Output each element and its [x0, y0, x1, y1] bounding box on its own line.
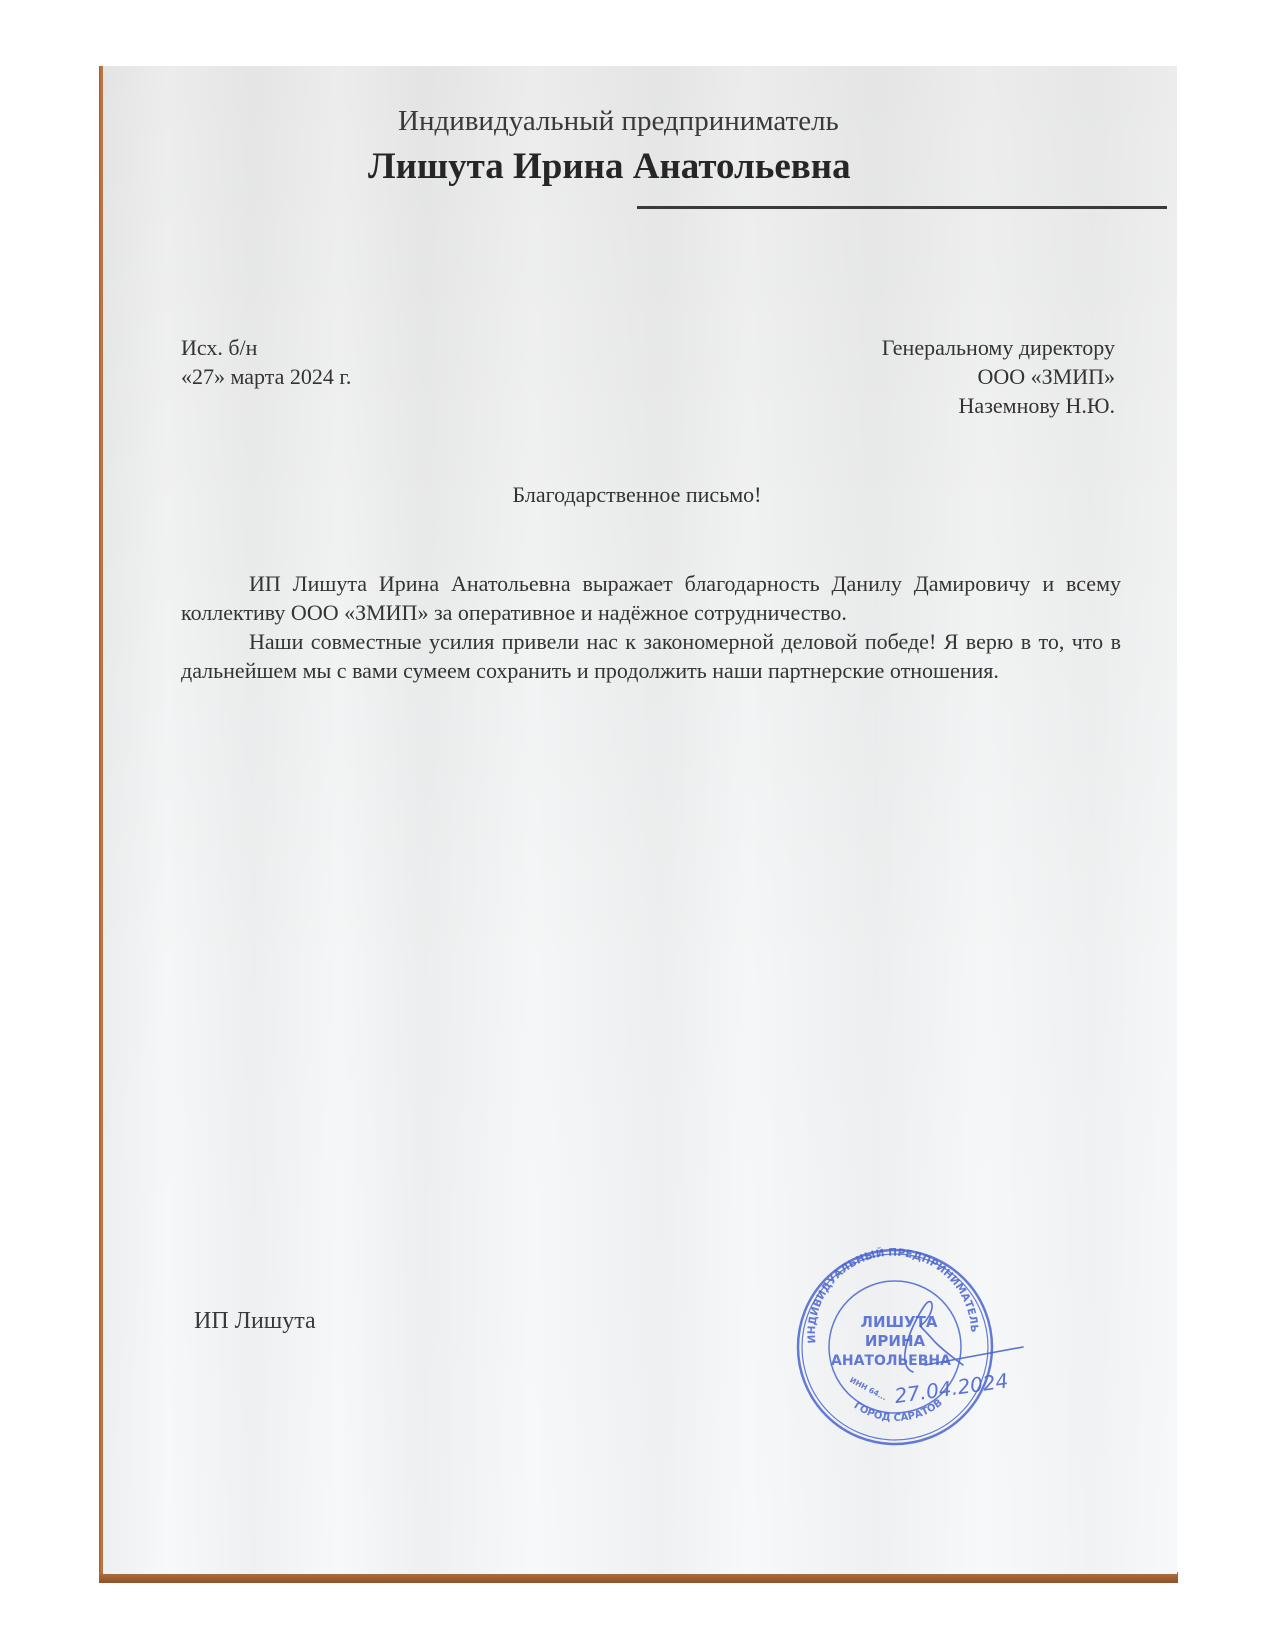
- body-paragraph: Наши совместные усилия привели нас к зак…: [181, 627, 1121, 685]
- stamp-seal-icon: ИНДИВИДУАЛЬНЫЙ ПРЕДПРИНИМАТЕЛЬ ОГРНИП 32…: [795, 1247, 995, 1447]
- stamp-center-line1: ЛИШУТА: [861, 1313, 938, 1331]
- recipient-position: Генеральному директору: [882, 333, 1115, 362]
- recipient-company: ООО «ЗМИП»: [882, 362, 1115, 391]
- letterhead-name: Лишута Ирина Анатольевна: [368, 145, 851, 188]
- stamp-center-line2: ИРИНА: [865, 1332, 926, 1350]
- letter-body: ИП Лишута Ирина Анатольевна выражает бла…: [181, 569, 1121, 685]
- body-paragraph: ИП Лишута Ирина Анатольевна выражает бла…: [181, 569, 1121, 627]
- recipient-name: Наземнову Н.Ю.: [882, 391, 1115, 420]
- letterhead-subtitle: Индивидуальный предприниматель: [398, 105, 839, 138]
- letter-date: «27» марта 2024 г.: [181, 362, 351, 391]
- handwritten-date: 27.04.2024: [893, 1368, 1010, 1408]
- company-stamp: ИНДИВИДУАЛЬНЫЙ ПРЕДПРИНИМАТЕЛЬ ОГРНИП 32…: [795, 1247, 995, 1447]
- recipient-block: Генеральному директору ООО «ЗМИП» Наземн…: [882, 333, 1115, 420]
- signature-label: ИП Лишута: [194, 1308, 316, 1335]
- letter-title: Благодарственное письмо!: [0, 482, 1274, 508]
- letter-meta: Исх. б/н «27» марта 2024 г.: [181, 333, 351, 391]
- stamp-center-line3: АНАТОЛЬЕВНА: [831, 1353, 951, 1369]
- outgoing-ref: Исх. б/н: [181, 333, 351, 362]
- letterhead-rule: [637, 206, 1167, 209]
